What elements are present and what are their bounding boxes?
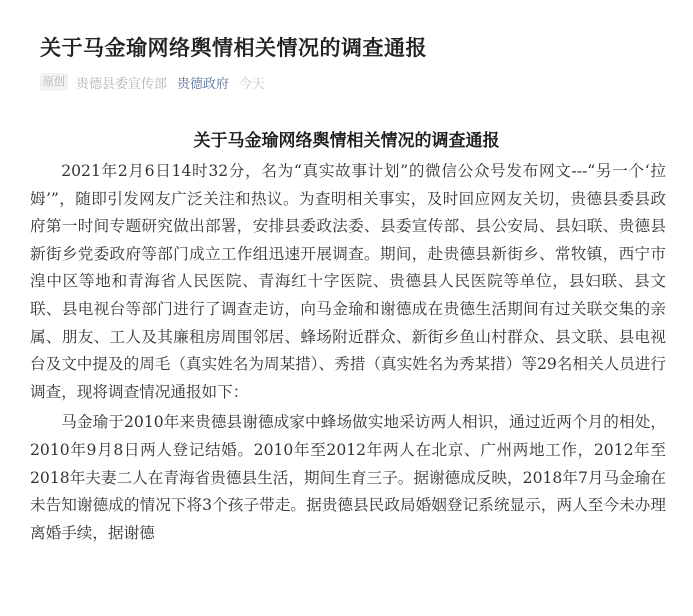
original-badge: 原创: [40, 73, 68, 91]
paragraph: 2021年2月6日14时32分，名为“真实故事计划”的微信公众号发布网文---“…: [30, 158, 666, 406]
publish-date: 今天: [239, 73, 265, 92]
account-link[interactable]: 贵德政府: [177, 73, 229, 92]
paragraph: 马金瑜于2010年来贵德县谢德成家中蜂场做实地采访两人相识，通过近两个月的相处，…: [30, 409, 666, 547]
article-body: 2021年2月6日14时32分，名为“真实故事计划”的微信公众号发布网文---“…: [30, 158, 666, 547]
author-name: 贵德县委宣传部: [76, 73, 167, 92]
article-meta: 原创 贵德县委宣传部 贵德政府 今天: [40, 72, 265, 92]
document-title: 关于马金瑜网络舆情相关情况的调查通报: [0, 126, 693, 156]
article-title: 关于马金瑜网络舆情相关情况的调查通报: [40, 34, 427, 62]
